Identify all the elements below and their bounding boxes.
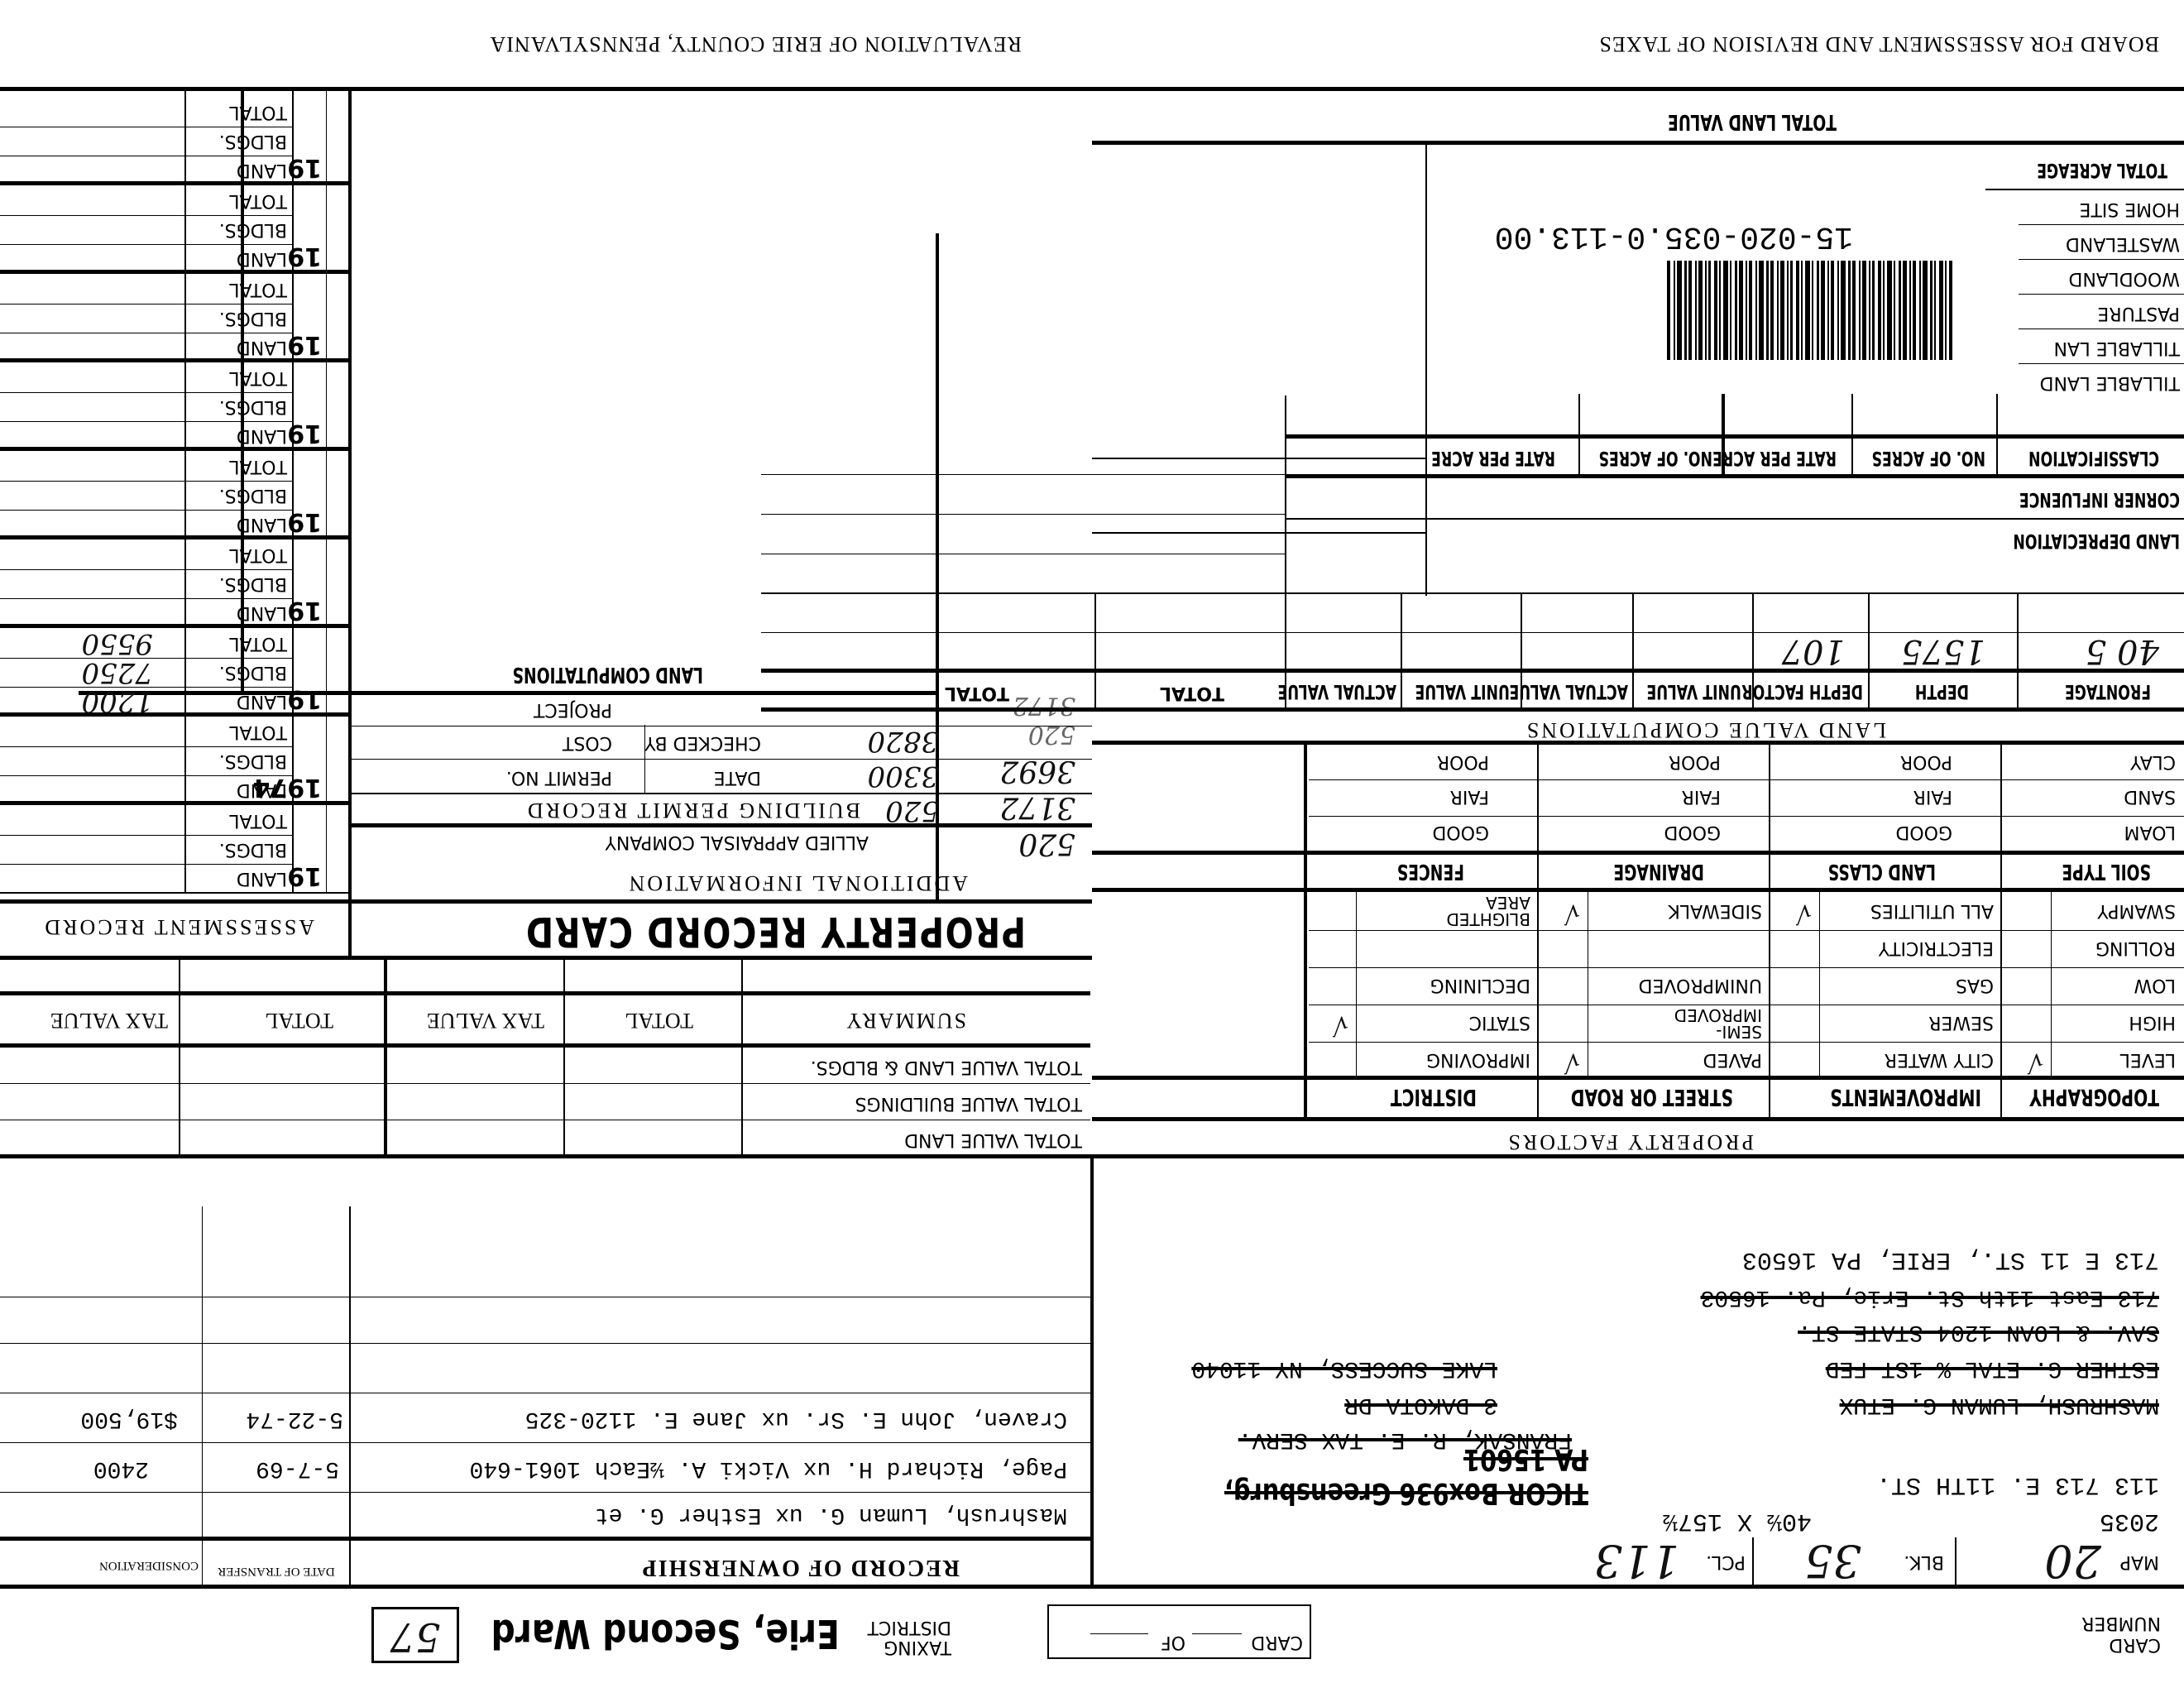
assessment-block: 19LANDBLDGS.TOTAL bbox=[0, 362, 352, 451]
assessment-label-land: LAND bbox=[237, 602, 287, 623]
address-line-struck: LAKE SUCCESS, NY 11040 bbox=[1191, 1355, 1497, 1381]
col-total: TOTAL bbox=[1160, 683, 1224, 703]
col-unit-value: UNIT VALUE bbox=[1646, 680, 1741, 703]
pcl-value: 113 bbox=[1594, 1535, 1679, 1587]
street-sidewalk: SIDEWALK bbox=[1668, 900, 1762, 921]
assessment-year: 19 bbox=[287, 242, 322, 271]
fences-poor: POOR bbox=[1437, 751, 1489, 772]
street-semi-improved: SEMI-IMPROVED bbox=[1638, 1007, 1762, 1040]
acreage-woodland: WOODLAND bbox=[2068, 268, 2180, 289]
summary-title: SUMMARY bbox=[845, 1008, 966, 1033]
address-line-struck: MASHRUSH, LUMAN G. ETUX bbox=[1840, 1392, 2159, 1417]
assessment-label-bldgs: BLDGS. bbox=[219, 219, 287, 240]
col-actual-value-2: ACTUAL VALUE bbox=[1277, 680, 1396, 703]
assessment-label-bldgs: BLDGS. bbox=[219, 485, 287, 506]
address-line-struck: SAV. & LOAN 1204 STATE ST. bbox=[1798, 1319, 2159, 1345]
assessment-value-bldgs[interactable]: 7250 bbox=[81, 656, 153, 689]
header-improvements: IMPROVEMENTS bbox=[1830, 1084, 1981, 1111]
assessment-label-total: TOTAL bbox=[229, 367, 287, 388]
ownership-row: Craven, John E. Sr. ux Jane E. 1120-325 … bbox=[0, 1396, 1092, 1441]
check-mark-icon[interactable]: √ bbox=[2028, 1048, 2043, 1077]
assessment-label-bldgs: BLDGS. bbox=[219, 573, 287, 594]
property-record-card: CARD NUMBER CARD OF TAXING DISTRICT Erie… bbox=[0, 0, 2184, 1688]
assessment-label-bldgs: BLDGS. bbox=[219, 308, 287, 328]
assessment-label-land: LAND bbox=[237, 868, 287, 889]
impr-electricity: ELECTRICITY bbox=[1879, 938, 1994, 958]
card-number-label: CARD NUMBER bbox=[2070, 1612, 2161, 1655]
street-unimproved: UNIMPROVED bbox=[1639, 975, 1762, 995]
summary-col-total: TOTAL bbox=[625, 1008, 693, 1033]
col-unit-value-2: UNIT VALUE bbox=[1415, 680, 1510, 703]
district-blighted-area: BLIGHTED AREA bbox=[1423, 894, 1530, 928]
frontage-value[interactable]: 40 5 bbox=[2086, 632, 2159, 670]
col-classification: CLASSIFICATION bbox=[2028, 447, 2159, 470]
fences-good: GOOD bbox=[1432, 822, 1489, 842]
assessment-label-total: TOTAL bbox=[229, 633, 287, 654]
depth-value[interactable]: 1575 bbox=[1901, 632, 1985, 670]
card-of-card-label: CARD bbox=[1251, 1632, 1303, 1652]
address-line-struck: FRANSAK, R. E. TAX SERV. bbox=[1238, 1427, 1572, 1452]
owner-name: Page, Richard H. ux Vicki A. ½Each 1061-… bbox=[469, 1455, 1067, 1481]
assessment-year: 19 bbox=[287, 330, 322, 359]
header-land-class: LAND CLASS bbox=[1828, 859, 1936, 884]
appraisal-company: ALLIED APPRAISAL COMPANY bbox=[605, 832, 869, 852]
assessment-block: 19LANDBLDGS.TOTAL bbox=[0, 805, 352, 894]
impr-gas: GAS bbox=[1956, 975, 1994, 995]
current-address: 713 E 11 ST., ERIE, PA 16503 bbox=[1742, 1245, 2159, 1273]
assessment-label-bldgs: BLDGS. bbox=[219, 662, 287, 683]
assessment-block: 19LANDBLDGS.TOTAL bbox=[0, 539, 352, 628]
topo-low: LOW bbox=[2134, 975, 2176, 995]
street-paved: PAVED bbox=[1703, 1049, 1762, 1070]
owner-name: Mashrush, Luman G. ux Esther G. et bbox=[595, 1502, 1067, 1527]
ownership-title: RECORD OF OWNERSHIP bbox=[641, 1554, 960, 1580]
transfer-date: 5-22-74 bbox=[246, 1406, 343, 1431]
taxing-district-value: Erie, Second Ward bbox=[491, 1610, 840, 1657]
additional-info-title: ADDITIONAL INFORMATION bbox=[627, 870, 968, 895]
assessment-year: 19 bbox=[287, 419, 322, 448]
impr-sewer: SEWER bbox=[1928, 1012, 1994, 1033]
assessment-record-title: ASSESSMENT RECORD bbox=[42, 914, 314, 939]
parcel-id: 15-020-035.0-113.00 bbox=[1495, 218, 1853, 254]
note-value: 520 bbox=[1018, 827, 1075, 861]
owner-name: Craven, John E. Sr. ux Jane E. 1120-325 bbox=[525, 1406, 1067, 1431]
acreage-table: TILLABLE LAND TILLABLE LAN PASTURE WOODL… bbox=[1092, 120, 2184, 393]
lot-dimensions: 40½ X 157½ bbox=[1663, 1507, 1812, 1535]
acreage-tillable-lan: TILLABLE LAN bbox=[2053, 338, 2180, 358]
col-depth: DEPTH bbox=[1915, 680, 1969, 703]
address-block: 2035 40½ X 157½ 113 713 E. 11TH ST. TICO… bbox=[1092, 1163, 2184, 1535]
assessment-label-total: TOTAL bbox=[229, 456, 287, 477]
permit-value: 520 bbox=[885, 794, 939, 827]
permit-value: 3820 bbox=[867, 725, 939, 758]
soil-sand: SAND bbox=[2124, 786, 2176, 807]
card-index-blank[interactable] bbox=[1192, 1633, 1242, 1634]
assessment-block: 19LANDBLDGS.TOTAL bbox=[0, 97, 352, 185]
assessment-year: 19 bbox=[287, 684, 322, 713]
assessment-value-total[interactable]: 9550 bbox=[81, 627, 153, 660]
assessment-label-total: TOTAL bbox=[229, 279, 287, 300]
assessment-label-total: TOTAL bbox=[229, 190, 287, 211]
land-computations-title: LAND COMPUTATIONS bbox=[513, 662, 703, 687]
check-mark-icon[interactable]: √ bbox=[1333, 1010, 1348, 1039]
soil-clay: CLAY bbox=[2130, 751, 2176, 772]
consideration: 2400 bbox=[93, 1455, 149, 1481]
drainage-fair: FAIR bbox=[1682, 786, 1721, 807]
assessment-block: 19LANDBLDGS.TOTAL bbox=[0, 185, 352, 274]
col-date-of-transfer: DATE OF TRANSFER bbox=[210, 1564, 342, 1579]
acreage-home-site: HOME SITE bbox=[2079, 199, 2180, 219]
check-mark-icon[interactable]: √ bbox=[1564, 1048, 1580, 1077]
land-value-table: FRONTAGE DEPTH DEPTH FACTOR UNIT VALUE A… bbox=[761, 396, 2184, 710]
address-line-struck: 3 DAKOTA DR bbox=[1344, 1392, 1497, 1417]
assessment-block: 19LAND1200BLDGS.7250TOTAL9550 bbox=[0, 628, 352, 717]
acreage-pasture: PASTURE bbox=[2097, 303, 2180, 324]
assessment-year: 19 bbox=[287, 861, 322, 890]
acreage-tillable-land: TILLABLE LAND bbox=[2040, 372, 2180, 393]
permit-no-label: PERMIT NO. bbox=[506, 767, 612, 788]
topo-high: HIGH bbox=[2129, 1012, 2176, 1033]
check-mark-icon[interactable]: √ bbox=[1796, 899, 1812, 928]
boxed-number: 57 bbox=[371, 1607, 459, 1663]
row-land-depreciation: LAND DEPRECIATION bbox=[2013, 530, 2180, 553]
assessment-label-total: TOTAL bbox=[229, 102, 287, 122]
depth-factor-value[interactable]: 107 bbox=[1782, 632, 1845, 670]
blk-label: BLK. bbox=[1904, 1551, 1944, 1572]
property-factors-title: PROPERTY FACTORS bbox=[1506, 1129, 1754, 1154]
header-district: DISTRICT bbox=[1391, 1084, 1477, 1111]
land-class-good: GOOD bbox=[1895, 822, 1952, 842]
col-actual-value: ACTUAL VALUE bbox=[1509, 680, 1628, 703]
col-no-of-acres: NO. OF ACRES bbox=[1872, 447, 1985, 470]
soil-loam: LOAM bbox=[2124, 822, 2176, 842]
map-blk-pcl-row: MAP 20 BLK. 35 PCL. 113 bbox=[1092, 1537, 2184, 1587]
map-label: MAP bbox=[2120, 1551, 2159, 1572]
col-no-of-acres-2: NO. OF ACRES bbox=[1599, 447, 1712, 470]
transfer-date: 5-7-69 bbox=[256, 1455, 339, 1481]
assessment-value-land[interactable]: 1200 bbox=[81, 685, 153, 718]
revaluation-title-2: BOARD FOR ASSESSMENT AND REVISION OF TAX… bbox=[1598, 31, 2159, 56]
summary-col-tax-value: TAX VALUE bbox=[427, 1008, 544, 1033]
assessment-block: 19LANDBLDGS.TOTAL bbox=[0, 274, 352, 362]
card-total-blank[interactable] bbox=[1090, 1633, 1148, 1634]
impr-city-water: CITY WATER bbox=[1885, 1049, 1994, 1070]
header-drainage: DRAINAGE bbox=[1613, 859, 1704, 884]
assessment-label-bldgs: BLDGS. bbox=[219, 131, 287, 151]
assessment-label-bldgs: BLDGS. bbox=[219, 750, 287, 771]
assessment-label-total: TOTAL bbox=[229, 544, 287, 565]
assessment-block: 19LANDBLDGS.TOTAL bbox=[0, 451, 352, 539]
form-title: PROPERTY RECORD CARD bbox=[524, 908, 1026, 956]
assessment-label-bldgs: BLDGS. bbox=[219, 396, 287, 417]
col-consideration: CONSIDERATION bbox=[99, 1558, 199, 1572]
col-depth-factor: DEPTH FACTOR bbox=[1741, 680, 1863, 703]
assessment-record: 19LANDBLDGS.TOTAL1974LANDBLDGS.TOTAL19LA… bbox=[0, 91, 352, 894]
header-soil-type: SOIL TYPE bbox=[2062, 859, 2151, 884]
total-land-value-label: TOTAL LAND VALUE bbox=[1668, 109, 1837, 134]
permit-value: 3300 bbox=[867, 760, 939, 793]
land-value-title: LAND VALUE COMPUTATIONS bbox=[1525, 717, 1886, 742]
address-line-struck: ESTHER G. ETAL %-1ST FED bbox=[1826, 1355, 2159, 1381]
assessment-label-land: LAND bbox=[237, 779, 287, 800]
col-rate-per-acre-2: RATE PER ACRE bbox=[1431, 447, 1555, 470]
district-improving: IMPROVING bbox=[1426, 1049, 1530, 1070]
summary-table: SUMMARY TOTAL TAX VALUE TOTAL TAX VALUE … bbox=[0, 958, 1090, 1157]
drainage-poor: POOR bbox=[1669, 751, 1721, 772]
topo-swampy: SWAMPY bbox=[2097, 900, 2176, 921]
drainage-good: GOOD bbox=[1664, 822, 1721, 842]
header-topography: TOPOGRAPHY bbox=[2029, 1084, 2159, 1111]
assessment-label-land: LAND bbox=[237, 160, 287, 180]
assessment-label-bldgs: BLDGS. bbox=[219, 839, 287, 860]
card-of-box: CARD OF bbox=[1047, 1604, 1311, 1659]
row-corner-influence: CORNER INFLUENCE bbox=[2019, 488, 2180, 511]
assessment-label-land: LAND bbox=[237, 248, 287, 269]
check-mark-icon[interactable]: √ bbox=[1564, 899, 1580, 928]
district-declining: DECLINING bbox=[1430, 975, 1530, 995]
property-factors-grid: TOPOGRAPHY IMPROVEMENTS STREET OR ROAD D… bbox=[1092, 745, 2184, 1120]
assessment-label-total: TOTAL bbox=[229, 722, 287, 742]
address-line: 113 713 E. 11TH ST. bbox=[1876, 1470, 2159, 1499]
col-rate-per-acre: RATE PER ACRE bbox=[1712, 447, 1837, 470]
map-value: 20 bbox=[2044, 1535, 2101, 1587]
header-fences: FENCES bbox=[1397, 859, 1464, 884]
impr-all-utilities: ALL UTILITIES bbox=[1870, 900, 1994, 921]
topo-rolling: ROLLING bbox=[2095, 938, 2176, 958]
assessment-label-land: LAND bbox=[237, 337, 287, 357]
barcode bbox=[1506, 261, 1952, 360]
col-total-2: TOTAL bbox=[945, 683, 1009, 703]
address-line: 2035 bbox=[2100, 1507, 2159, 1535]
revaluation-title: REVALUATION OF ERIE COUNTY, PENNSYLVANIA bbox=[489, 31, 1022, 56]
assessment-block: 1974LANDBLDGS.TOTAL bbox=[0, 717, 352, 805]
summary-row-buildings: TOTAL VALUE BUILDINGS bbox=[855, 1093, 1082, 1114]
assessment-label-land: LAND bbox=[237, 691, 287, 712]
date-label: DATE bbox=[714, 767, 761, 788]
summary-col-total-2: TOTAL bbox=[265, 1008, 333, 1033]
pcl-label: PCL. bbox=[1706, 1551, 1746, 1572]
assessment-label-total: TOTAL bbox=[229, 810, 287, 831]
ownership-row: Mashrush, Luman G. ux Esther G. et bbox=[0, 1494, 1092, 1539]
fences-fair: FAIR bbox=[1450, 786, 1489, 807]
ownership-row: Page, Richard H. ux Vicki A. ½Each 1061-… bbox=[0, 1446, 1092, 1491]
total-acreage-label: TOTAL ACREAGE bbox=[2037, 159, 2167, 182]
card-of-of-label: OF bbox=[1161, 1632, 1185, 1652]
address-line-struck: TICOR Box936 Greensburg, PA 15601 bbox=[1191, 1442, 1588, 1510]
building-permit-record: BUILDING PERMIT RECORD 520 3300 3820 DAT… bbox=[352, 695, 1092, 827]
summary-col-tax-value-2: TAX VALUE bbox=[50, 1008, 168, 1033]
land-class-poor: POOR bbox=[1900, 751, 1952, 772]
assessment-label-land: LAND bbox=[237, 514, 287, 535]
header-street-or-road: STREET OR ROAD bbox=[1571, 1084, 1733, 1111]
building-permit-title: BUILDING PERMIT RECORD bbox=[525, 798, 860, 822]
project-label: PROJECT bbox=[534, 699, 612, 720]
topo-level: LEVEL bbox=[2120, 1049, 2176, 1070]
summary-row-land: TOTAL VALUE LAND bbox=[904, 1129, 1082, 1150]
checked-by-label: CHECKED BY bbox=[644, 732, 761, 753]
district-static: STATIC bbox=[1469, 1012, 1530, 1033]
blk-value: 35 bbox=[1804, 1535, 1861, 1587]
col-frontage: FRONTAGE bbox=[2065, 680, 2151, 703]
assessment-year: 19 bbox=[287, 153, 322, 182]
assessment-label-land: LAND bbox=[237, 425, 287, 446]
assessment-year: 19 bbox=[287, 507, 322, 536]
land-class-fair: FAIR bbox=[1913, 786, 1952, 807]
taxing-district-label: TAXING DISTRICT bbox=[852, 1617, 951, 1657]
address-line-struck: 713 East 11th St. Erie, Pa. 16503 bbox=[1701, 1284, 2160, 1310]
consideration: $19,500 bbox=[80, 1406, 178, 1431]
assessment-year: 19 bbox=[287, 596, 322, 625]
cost-label: COST bbox=[563, 732, 612, 753]
summary-row-land-bldgs: TOTAL VALUE LAND & BLDGS. bbox=[811, 1057, 1082, 1077]
acreage-wasteland: WASTELAND bbox=[2066, 233, 2180, 254]
